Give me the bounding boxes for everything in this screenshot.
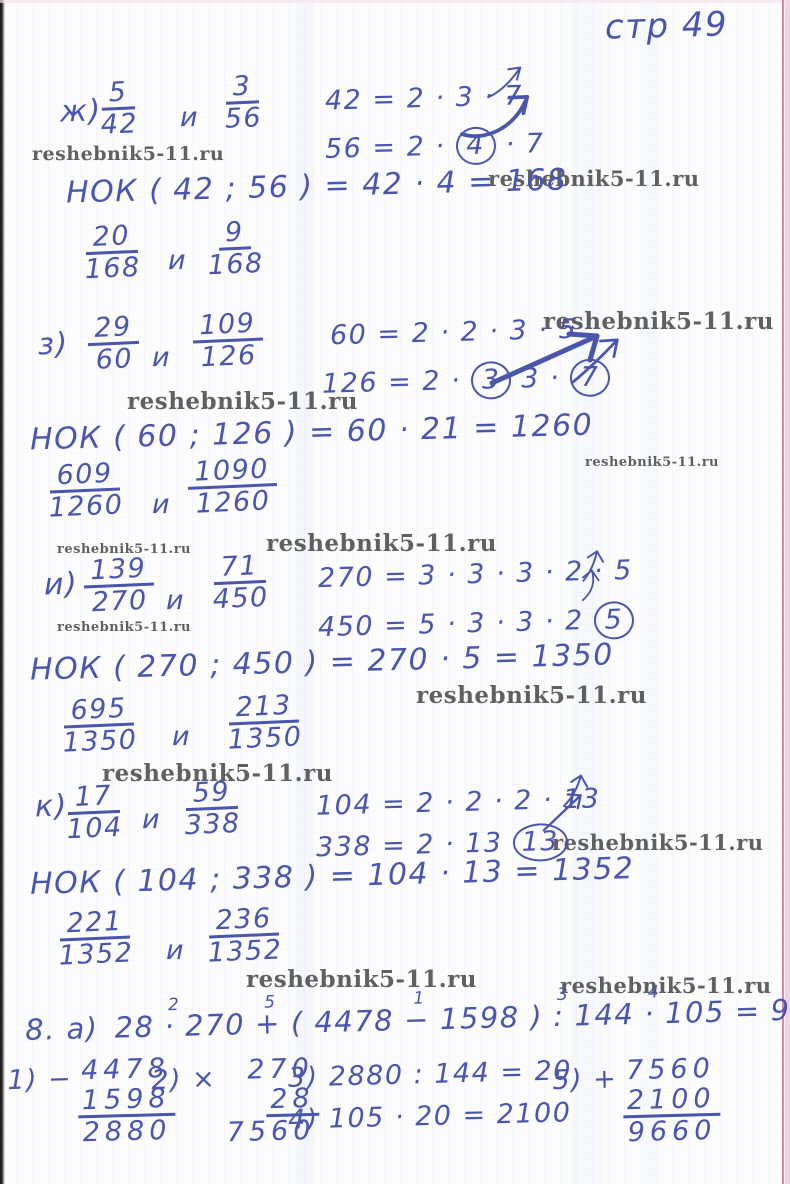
numerator: 236: [208, 904, 279, 939]
numerator: 20: [85, 221, 138, 255]
denominator: 1260: [193, 486, 273, 519]
order-number: 1: [413, 989, 424, 1008]
denominator: 1350: [60, 725, 140, 758]
expr-operator: 4·: [644, 998, 656, 1030]
denominator: 56: [222, 103, 265, 134]
numerator: 3: [225, 71, 259, 105]
fraction-2: 3 56: [221, 71, 265, 134]
page-number: стр 49: [605, 6, 729, 47]
denominator: 126: [198, 341, 259, 373]
step-3: 3) 2880 : 144 = 20: [288, 1056, 573, 1093]
numerator: 139: [83, 554, 154, 589]
denominator: 60: [93, 344, 136, 375]
fact-pre: 126 = 2 ·: [322, 365, 462, 400]
result-fraction-2: 1090 1260: [187, 454, 278, 519]
expr-term: 105: [665, 997, 726, 1030]
nok-line: НОК ( 104 ; 338 ) = 104 · 13 = 1352: [30, 852, 635, 901]
minus-sign: −: [48, 1064, 73, 1094]
arrow-up-right-icon: [563, 332, 629, 388]
fraction-1: 29 60: [87, 312, 141, 375]
and-word: и: [180, 103, 199, 133]
order-number: 4: [648, 983, 659, 1002]
and-word: и: [152, 343, 171, 373]
numerator: 17: [67, 781, 120, 815]
step-4: 4) 105 · 20 = 2100: [288, 1098, 572, 1135]
watermark: reshebnik5-11.ru: [585, 455, 719, 470]
step-5: 5) + 7560 2100 9660: [552, 1054, 721, 1150]
denominator: 104: [64, 813, 125, 845]
watermark: reshebnik5-11.ru: [32, 143, 224, 165]
addend-2: 2100: [623, 1084, 721, 1119]
numerator: 59: [185, 777, 238, 811]
problem8-label: 8. а): [25, 1013, 99, 1047]
nok-line: НОК ( 270 ; 450 ) = 270 · 5 = 1350: [30, 638, 615, 686]
result-fraction-2: 9 168: [204, 217, 267, 281]
denominator: 450: [210, 583, 271, 615]
result-fraction-1: 609 1260: [45, 458, 126, 523]
denominator: 168: [82, 253, 143, 285]
fraction-2: 109 126: [192, 309, 265, 373]
result-fraction-1: 695 1350: [59, 693, 140, 758]
fact-pre: 450 = 5 · 3 · 3 · 2: [318, 605, 585, 643]
expression-line: 8. а) 28 2· 270 5+ ( 4478 1− 1598 ) 3: 1…: [25, 993, 790, 1047]
scanned-notebook-photo: { "page": { "corner_label": "стр 49", "w…: [0, 0, 790, 1184]
and-word: и: [142, 805, 161, 835]
numerator: 213: [228, 691, 299, 726]
numerator: 221: [59, 907, 130, 942]
fraction-1: 17 104: [63, 781, 126, 845]
step-equation: 105 · 20 = 2100: [328, 1097, 571, 1134]
plus-sign: +: [593, 1064, 618, 1094]
step-label: 3): [288, 1062, 320, 1094]
denominator: 42: [98, 109, 141, 140]
fraction-1: 5 42: [97, 77, 141, 140]
curved-arrow-icon: [572, 558, 608, 610]
step-label: 2): [151, 1064, 183, 1096]
fraction-2: 59 338: [181, 777, 244, 841]
numerator: 29: [87, 312, 140, 346]
step-label: 4): [288, 1104, 320, 1136]
fraction-2: 71 450: [209, 551, 272, 615]
item-label: и): [44, 568, 79, 602]
denominator: 1352: [56, 938, 136, 971]
and-word: и: [166, 586, 185, 616]
nok-line: НОК ( 42 ; 56 ) = 42 · 4 = 168: [66, 163, 568, 209]
and-word: и: [152, 490, 171, 520]
expr-term: 270: [185, 1009, 246, 1042]
expr-operator: 2·: [164, 1011, 176, 1043]
numerator: 9: [217, 217, 251, 251]
order-number: 2: [168, 996, 179, 1015]
item-label: ж): [60, 94, 103, 128]
numerator: 1090: [187, 454, 277, 490]
result-fraction-2: 213 1350: [224, 690, 305, 755]
denominator: 1352: [205, 935, 285, 968]
addend-1: 7560: [622, 1054, 719, 1086]
page-top-edge: [0, 0, 790, 3]
watermark: reshebnik5-11.ru: [246, 966, 477, 993]
fraction-1: 139 270: [83, 554, 156, 618]
and-word: и: [168, 246, 187, 276]
result-fraction-2: 236 1352: [204, 903, 285, 968]
curved-arrow-icon: [455, 88, 537, 140]
watermark: reshebnik5-11.ru: [57, 620, 191, 635]
numerator: 609: [49, 459, 120, 494]
denominator: 1350: [225, 722, 305, 755]
denominator: 338: [182, 809, 243, 841]
and-word: и: [166, 936, 185, 966]
step-equation: 2880 : 144 = 20: [328, 1055, 572, 1092]
sum: 9660: [623, 1116, 720, 1148]
arrow-up-right-icon: [540, 788, 588, 834]
result-fraction-1: 20 168: [81, 221, 144, 285]
expr-operator: 1−: [404, 1004, 431, 1037]
numerator: 109: [192, 309, 263, 344]
denominator: 168: [205, 249, 266, 281]
vertical-addition: + 7560 2100 9660: [593, 1054, 721, 1149]
step-label: 1): [7, 1064, 39, 1096]
watermark: reshebnik5-11.ru: [266, 530, 497, 557]
expr-term: 28: [114, 1012, 155, 1045]
watermark: reshebnik5-11.ru: [416, 682, 647, 709]
order-number: 5: [264, 993, 275, 1012]
expr-operator: 3:: [553, 1001, 565, 1033]
expr-operator: 5+: [255, 1008, 282, 1041]
expr-term: 1598 ): [440, 1001, 544, 1036]
step-label: 5): [552, 1064, 584, 1096]
expr-term: ( 4478: [290, 1005, 394, 1040]
denominator: 1260: [46, 490, 126, 523]
order-number: 3: [557, 986, 568, 1005]
page-left-edge: [0, 0, 5, 1184]
times-sign: ×: [192, 1064, 217, 1094]
result-fraction-1: 221 1352: [55, 906, 136, 971]
item-label: з): [38, 328, 70, 362]
nok-line: НОК ( 60 ; 126 ) = 60 · 21 = 1260: [30, 409, 594, 457]
expr-result: 9660: [770, 993, 790, 1027]
numerator: 695: [63, 694, 134, 729]
expr-term: 144: [574, 999, 635, 1032]
numerator: 5: [101, 77, 135, 111]
equals-sign: =: [734, 996, 761, 1029]
denominator: 270: [89, 586, 150, 618]
fact-pre: 56 = 2 ·: [325, 131, 446, 165]
and-word: и: [172, 722, 191, 752]
numerator: 71: [213, 551, 266, 585]
